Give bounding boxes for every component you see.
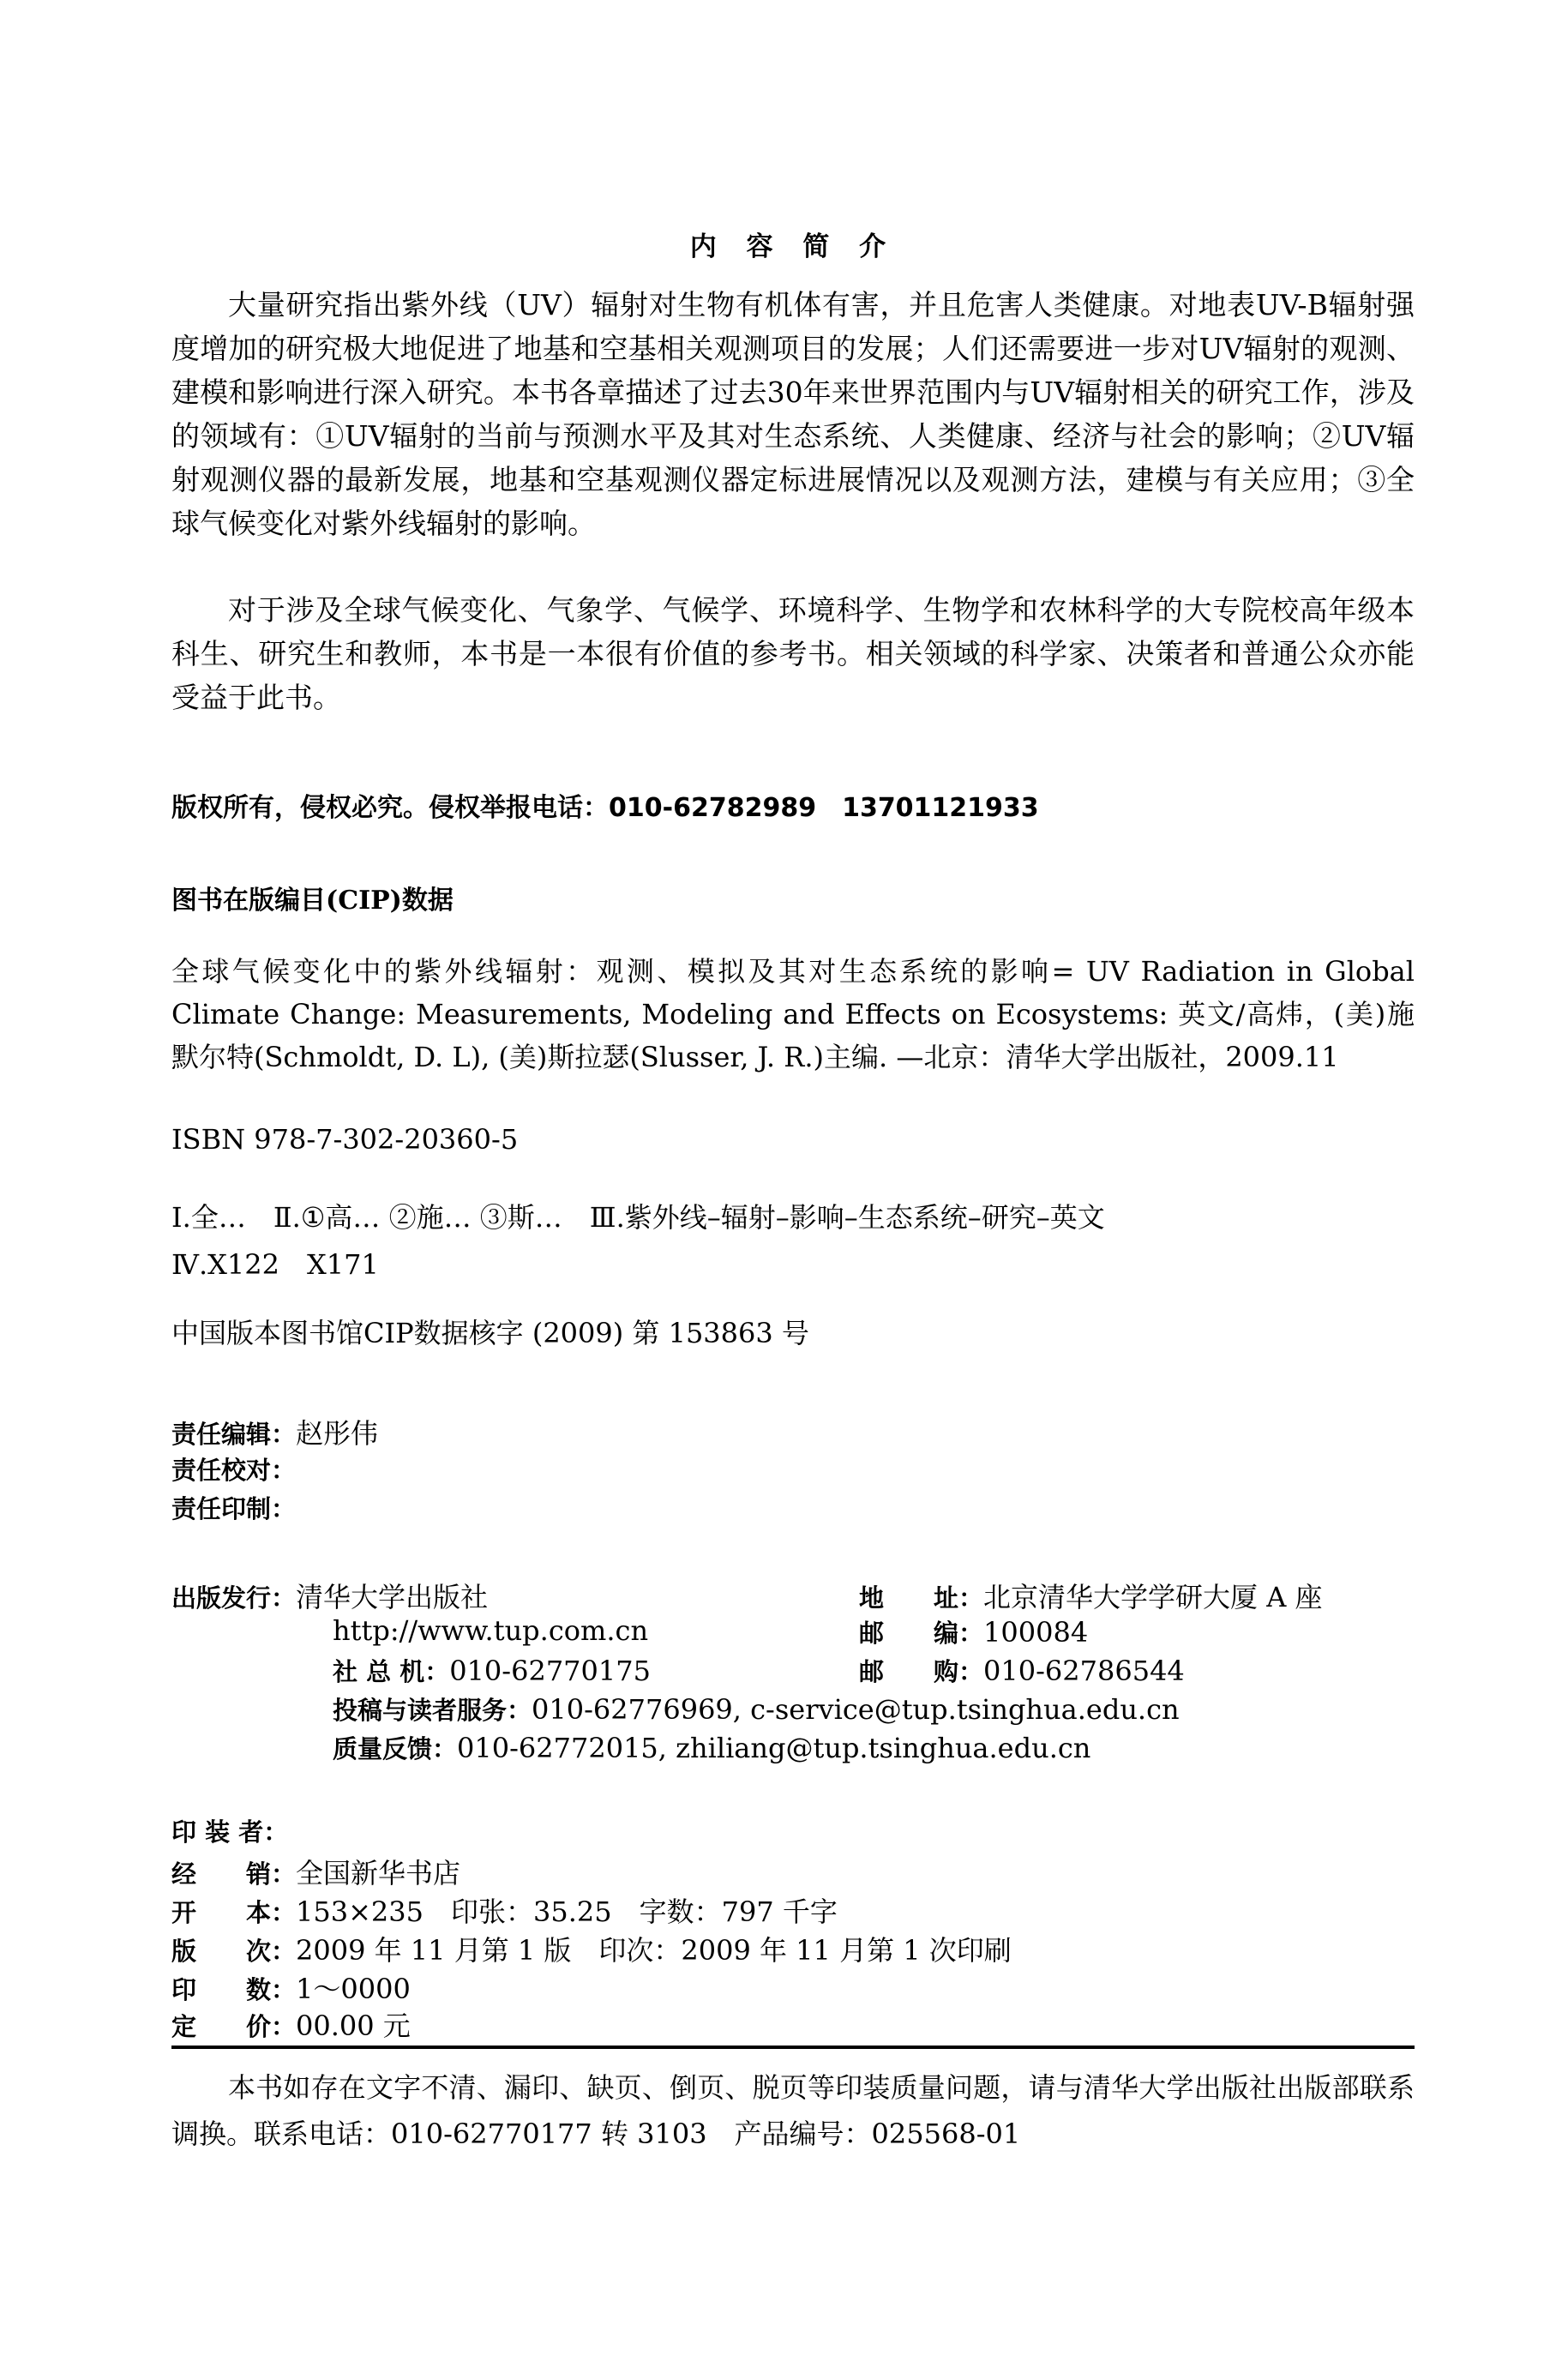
value: 00.00 元	[296, 2010, 411, 2042]
label: 邮 购：	[859, 1657, 983, 1686]
label: 责任编辑：	[171, 1420, 296, 1449]
publisher-quality-row: 质量反馈：010-62772015, zhiliang@tup.tsinghua…	[333, 1730, 1090, 1765]
colophon-print-run: 印 数：1～0000	[171, 1967, 411, 2007]
responsibility-proofreader: 责任校对：	[171, 1451, 296, 1487]
publisher-postcode-row: 邮 编：100084	[859, 1614, 1088, 1649]
value: 北京清华大学学研大厦 A 座	[983, 1581, 1322, 1613]
colophon-price: 定 价：00.00 元	[171, 2004, 411, 2044]
cip-classification: Ⅳ.X122 X171	[171, 1243, 379, 1283]
value: 2009 年 11 月第 1 版 印次：2009 年 11 月第 1 次印刷	[296, 1934, 1012, 1967]
value: 010-62786544	[983, 1655, 1185, 1687]
value: 010-62772015, zhiliang@tup.tsinghua.edu.…	[457, 1732, 1090, 1764]
label: 经 销：	[171, 1859, 296, 1889]
value: 153×235 印张：35.25 字数：797 千字	[296, 1895, 838, 1928]
publisher-service-row: 投稿与读者服务：010-62776969, c-service@tup.tsin…	[333, 1691, 1180, 1727]
label: 质量反馈：	[333, 1734, 457, 1763]
label: 责任印制：	[171, 1494, 296, 1523]
label: 邮 编：	[859, 1619, 983, 1648]
label: 印 数：	[171, 1975, 296, 2004]
value: 010-62770175	[449, 1655, 651, 1687]
publisher-website[interactable]: http://www.tup.com.cn	[333, 1614, 648, 1647]
publisher-switchboard-row: 社 总 机：010-62770175	[333, 1653, 651, 1688]
publisher-mail-order-row: 邮 购：010-62786544	[859, 1653, 1185, 1688]
value: 1～0000	[296, 1973, 411, 2005]
label: 投稿与读者服务：	[333, 1696, 532, 1725]
value: 100084	[983, 1616, 1088, 1649]
cip-heading: 图书在版编目(CIP)数据	[171, 879, 454, 916]
label: 责任校对：	[171, 1456, 296, 1485]
value: 010-62776969, c-service@tup.tsinghua.edu…	[532, 1693, 1180, 1726]
label: 出版发行：	[171, 1583, 296, 1613]
label: 社 总 机：	[333, 1657, 449, 1686]
cip-entry: 全球气候变化中的紫外线辐射：观测、模拟及其对生态系统的影响= UV Radiat…	[171, 950, 1415, 1078]
publisher-address-row: 地 址：北京清华大学学研大厦 A 座	[859, 1576, 1322, 1615]
label: 版 次：	[171, 1937, 296, 1966]
copyright-notice: 版权所有，侵权必究。侵权举报电话：010-62782989 1370112193…	[171, 786, 1039, 824]
label: 地 址：	[859, 1583, 983, 1613]
colophon-edition: 版 次：2009 年 11 月第 1 版 印次：2009 年 11 月第 1 次…	[171, 1929, 1012, 1968]
label: 印 装 者：	[171, 1817, 288, 1847]
colophon-printer: 印 装 者：	[171, 1813, 288, 1848]
summary-title: 内 容 简 介	[171, 225, 1415, 263]
quality-notice: 本书如存在文字不清、漏印、缺页、倒页、脱页等印装质量问题，请与清华大学出版社出版…	[171, 2064, 1415, 2157]
summary-paragraph-1: 大量研究指出紫外线（UV）辐射对生物有机体有害，并且危害人类健康。对地表UV-B…	[171, 283, 1415, 545]
label: 开 本：	[171, 1898, 296, 1927]
label: 定 价：	[171, 2012, 296, 2041]
value: 清华大学出版社	[296, 1581, 488, 1613]
colophon-format: 开 本：153×235 印张：35.25 字数：797 千字	[171, 1890, 838, 1930]
responsibility-editor: 责任编辑：赵彤伟	[171, 1412, 378, 1451]
divider-rule	[171, 2046, 1415, 2049]
isbn: ISBN 978-7-302-20360-5	[171, 1123, 518, 1156]
responsibility-printing: 责任印制：	[171, 1490, 296, 1525]
cip-subjects: Ⅰ.全… Ⅱ.①高… ②施… ③斯… Ⅲ.紫外线–辐射–影响–生态系统–研究–英…	[171, 1196, 1105, 1235]
value: 全国新华书店	[296, 1857, 460, 1889]
cip-verification: 中国版本图书馆CIP数据核字 (2009) 第 153863 号	[171, 1312, 809, 1351]
value: 赵彤伟	[296, 1417, 378, 1450]
publisher-name-row: 出版发行：清华大学出版社	[171, 1576, 488, 1615]
colophon-distributor: 经 销：全国新华书店	[171, 1852, 460, 1891]
summary-paragraph-2: 对于涉及全球气候变化、气象学、气候学、环境科学、生物学和农林科学的大专院校高年级…	[171, 588, 1415, 719]
